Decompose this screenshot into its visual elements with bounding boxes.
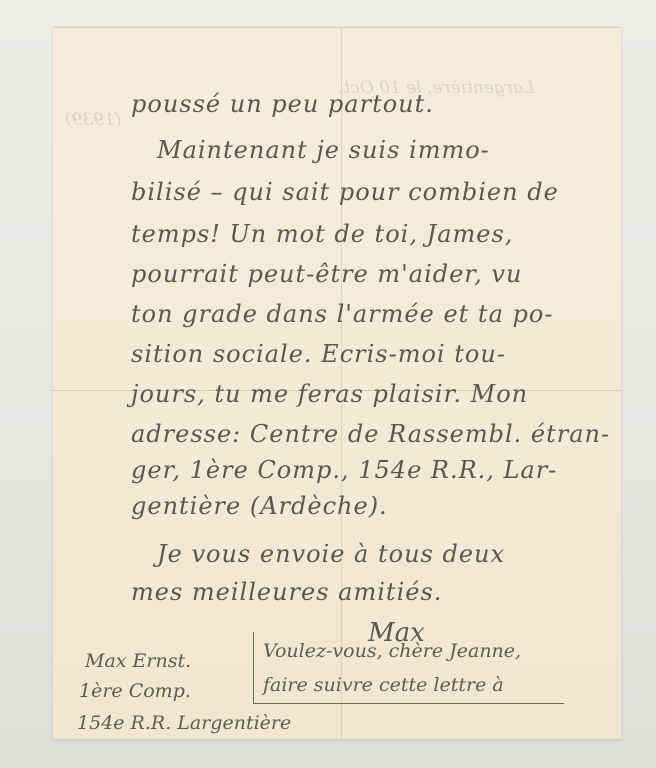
letter-line-1: poussé un peu partout.	[131, 90, 434, 118]
letter-line-8: jours, tu me feras plaisir. Mon	[131, 380, 528, 408]
forwarding-note-line-2: faire suivre cette lettre à	[263, 674, 504, 696]
forwarding-note-line-1: Voulez-vous, chère Jeanne,	[263, 640, 521, 662]
letter-line-10: ger, 1ère Comp., 154e R.R., Lar-	[131, 456, 557, 484]
letter-line-3: bilisé – qui sait pour combien de	[131, 178, 559, 206]
bleed-through-year: (1939)	[65, 110, 122, 130]
letter-line-2: Maintenant je suis immo-	[157, 136, 490, 164]
footer-sender-company: 1ère Comp.	[79, 680, 191, 702]
letter-line-5: pourrait peut-être m'aider, vu	[131, 260, 522, 288]
footer-sender-address: 154e R.R. Largentière	[77, 712, 291, 734]
footer-sender-name: Max Ernst.	[85, 650, 191, 672]
letter-line-6: ton grade dans l'armée et ta po-	[131, 300, 553, 328]
letter-line-7: sition sociale. Ecris-moi tou-	[131, 340, 506, 368]
letter-line-9: adresse: Centre de Rassembl. étran-	[131, 420, 610, 448]
letter-line-13: mes meilleures amitiés.	[131, 578, 442, 606]
letter-line-11: gentière (Ardèche).	[131, 492, 388, 520]
letter-line-12: Je vous envoie à tous deux	[157, 540, 505, 568]
letter-line-4: temps! Un mot de toi, James,	[131, 220, 513, 248]
letter-paper: Largentière, le 10 Oct. (1939) poussé un…	[53, 27, 621, 739]
